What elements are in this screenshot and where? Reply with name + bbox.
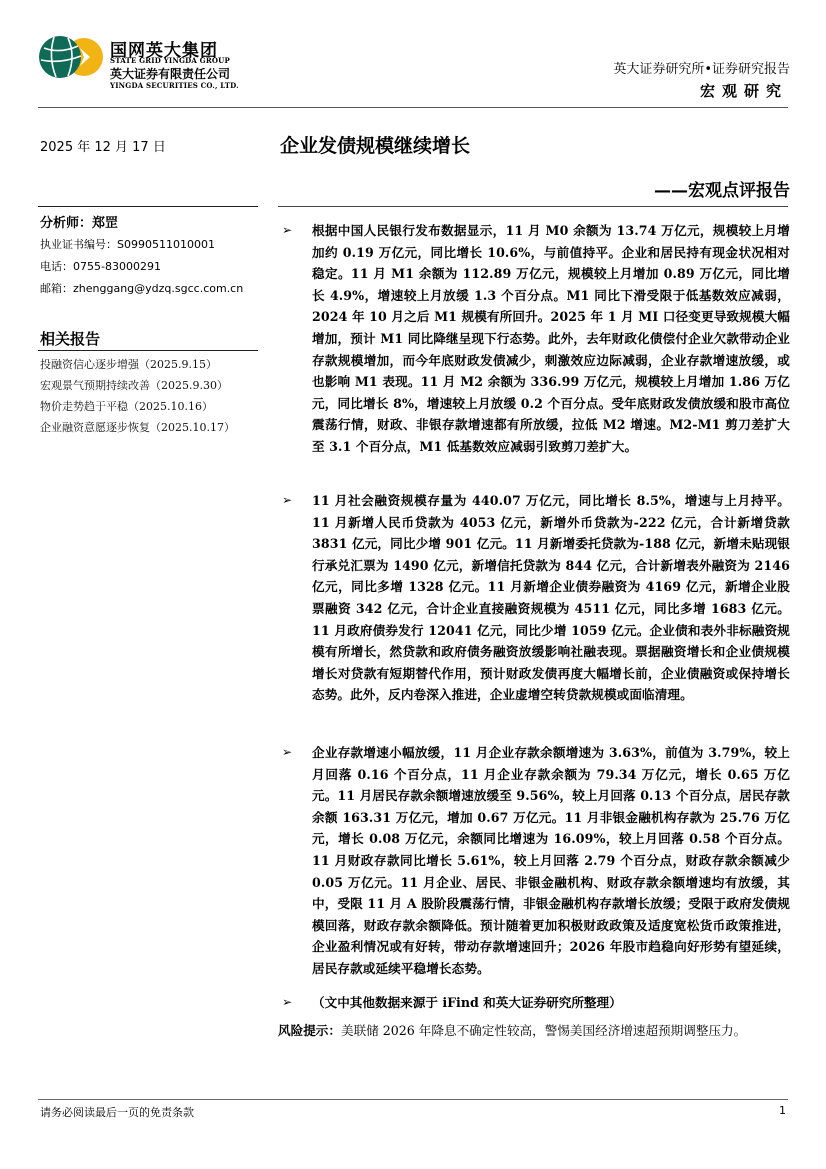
risk-label: 风险提示： [278,1023,341,1038]
page-number: 1 [779,1104,786,1117]
footer-divider [38,1099,788,1100]
main-divider [278,206,788,207]
related-report-item[interactable]: 投融资信心逐步增强（2025.9.15） [40,356,217,372]
institute-line: 英大证券研究所•证券研究报告 [613,58,790,77]
bullet-arrow-icon: ➢ [282,223,292,237]
related-report-item[interactable]: 企业融资意愿逐步恢复（2025.10.17） [40,419,235,435]
report-subtitle: ——宏观点评报告 [654,176,790,201]
report-title: 企业发债规模继续增长 [280,131,470,158]
paragraph-deposits: 企业存款增速小幅放缓，11 月企业存款余额增速为 3.63%，前值为 3.79%… [312,742,790,980]
logo-company-en: YINGDA SECURITIES CO., LTD. [110,81,239,90]
report-date: 2025 年 12 月 17 日 [40,136,166,155]
related-report-item[interactable]: 宏观景气预期持续改善（2025.9.30） [40,377,228,393]
phone-number: 电话：0755-83000291 [40,258,161,274]
state-grid-globe-coin-icon [38,34,104,80]
logo-company-cn: 英大证券有限责任公司 [110,65,230,82]
license-number: 执业证书编号：S0990511010001 [40,236,215,252]
paragraph-social-financing: 11 月社会融资规模存量为 440.07 万亿元，同比增长 8.5%，增速与上月… [312,490,790,706]
related-divider [38,350,258,351]
sidebar-divider [38,206,258,207]
bullet-arrow-icon: ➢ [282,493,292,507]
logo-group-en: STATE GRID YINGDA GROUP [110,56,230,65]
risk-text: 美联储 2026 年降息不确定性较高，警惕美国经济增速超预期调整压力。 [341,1023,746,1038]
report-category: 宏观研究 [700,80,788,101]
risk-warning: 风险提示：美联储 2026 年降息不确定性较高，警惕美国经济增速超预期调整压力。 [278,1020,798,1039]
header-divider [38,107,788,108]
related-reports-heading: 相关报告 [40,328,100,349]
related-report-item[interactable]: 物价走势趋于平稳（2025.10.16） [40,398,213,414]
paragraph-money-supply: 根据中国人民银行发布数据显示，11 月 M0 余额为 13.74 万亿元，规模较… [312,220,790,458]
email-address[interactable]: 邮箱：zhenggang@ydzq.sgcc.com.cn [40,280,243,296]
bullet-arrow-icon: ➢ [282,745,292,759]
data-source-note: （文中其他数据来源于 iFind 和英大证券研究所整理） [312,992,622,1011]
analyst-name: 分析师：郑罡 [40,212,118,231]
disclaimer-note: 请务必阅读最后一页的免责条款 [40,1104,194,1120]
company-logo: 国网英大集团 STATE GRID YINGDA GROUP 英大证券有限责任公… [38,32,258,92]
bullet-arrow-icon: ➢ [282,995,292,1009]
